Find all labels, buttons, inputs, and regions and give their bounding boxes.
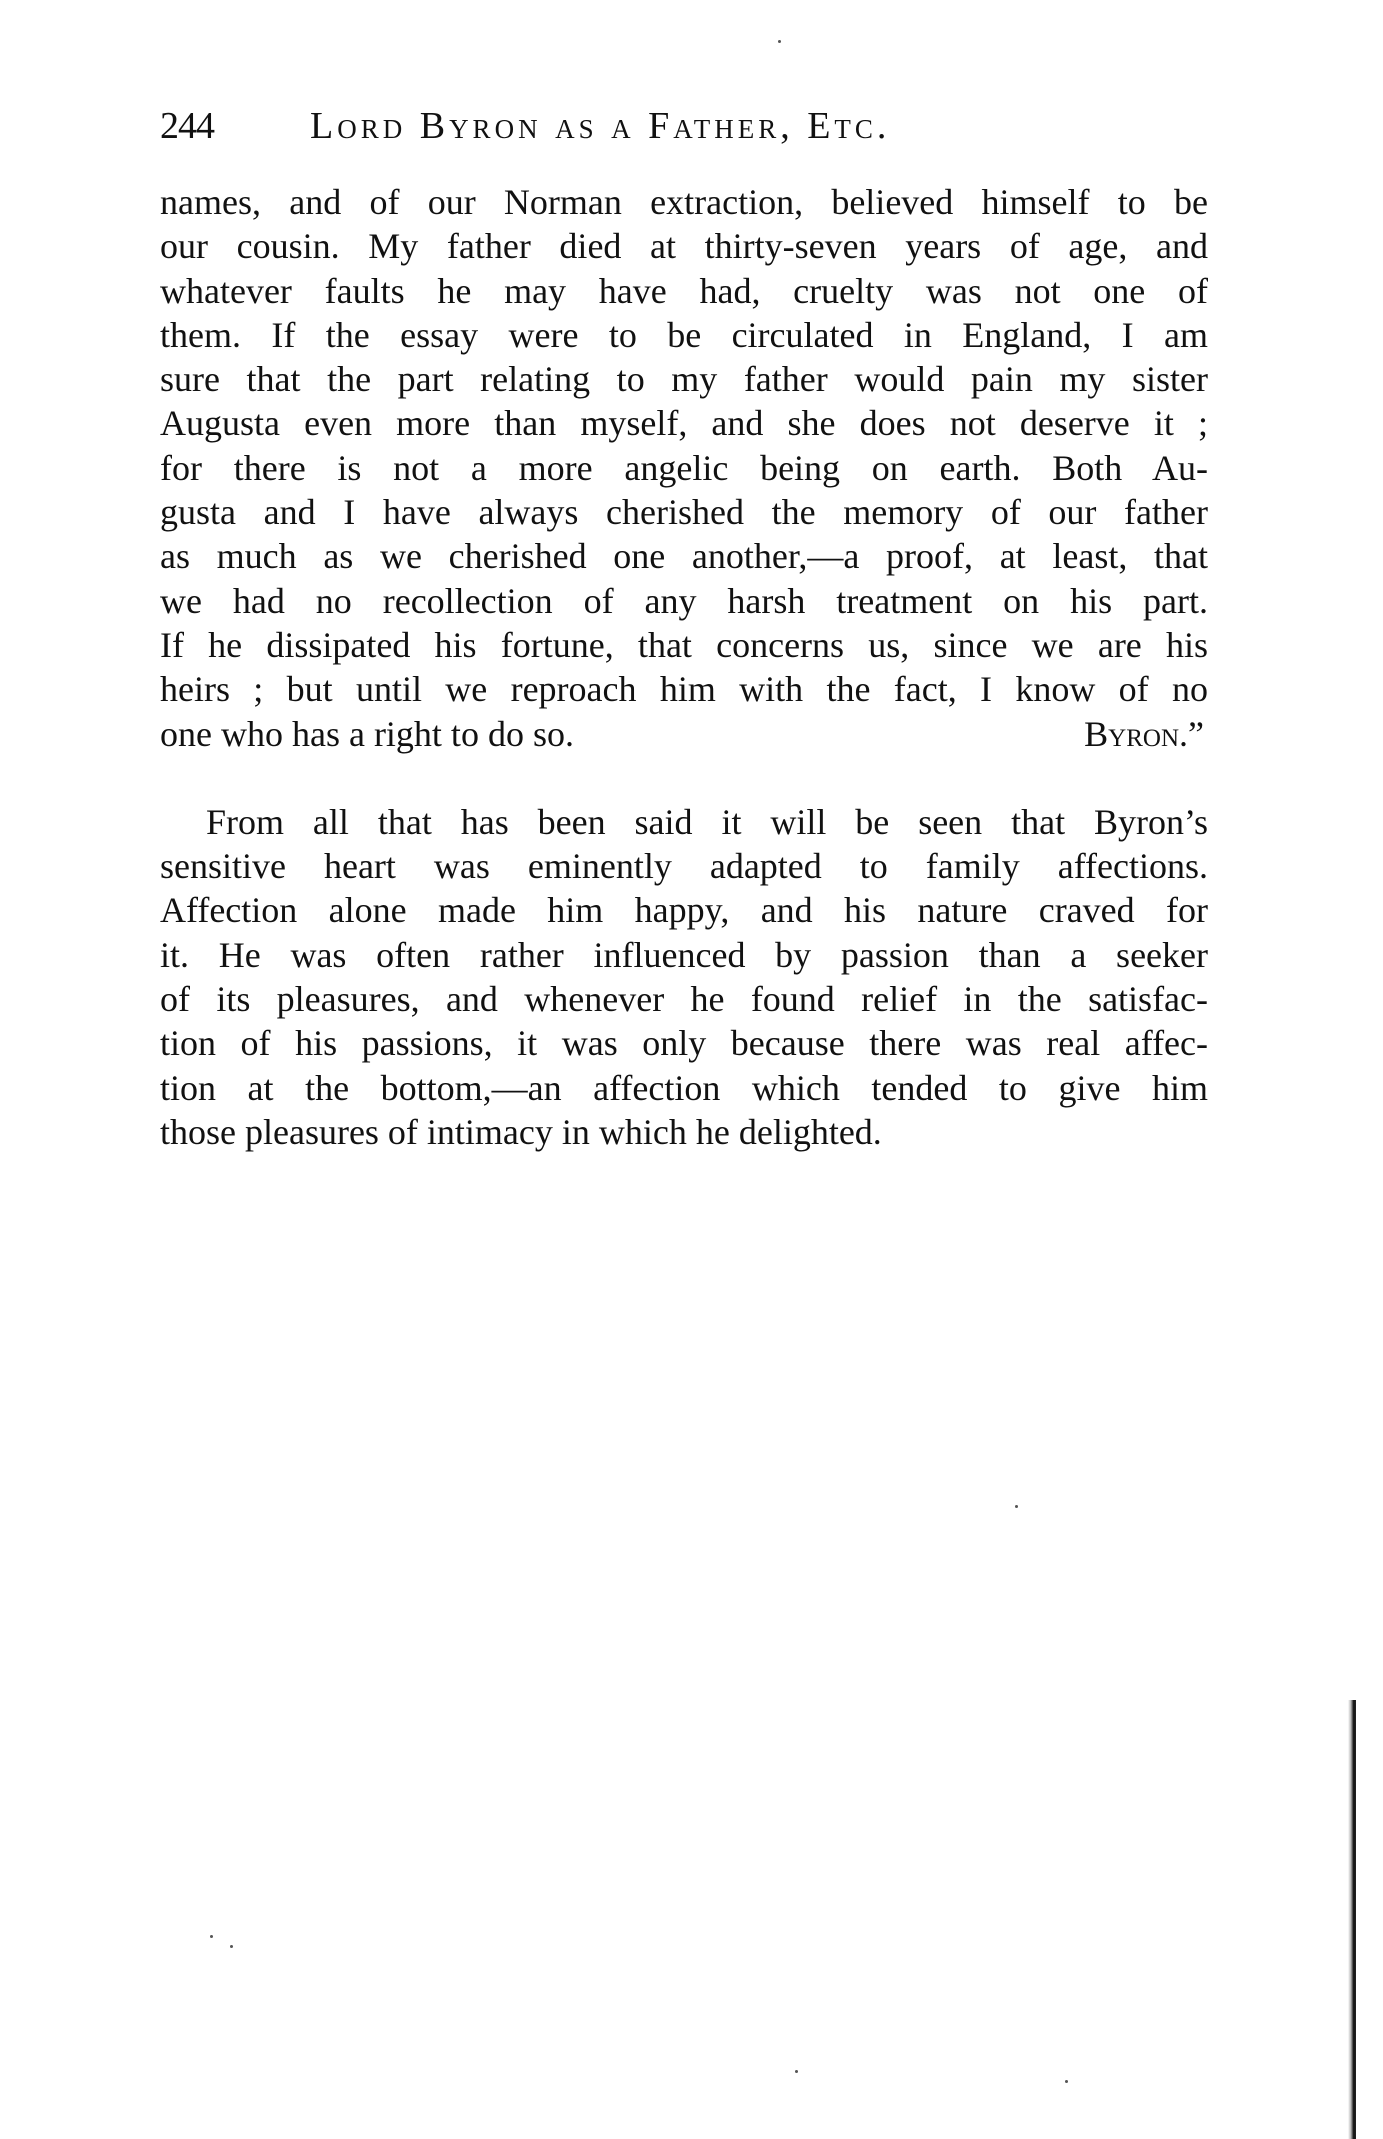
text-line: If he dissipated his fortune, that conce… (160, 623, 1208, 667)
closing-text: one who has a right to do so. (160, 712, 574, 756)
text-line: whatever faults he may have had, cruelty… (160, 269, 1208, 313)
text-line: them. If the essay were to be circulated… (160, 313, 1208, 357)
text-line: for there is not a more angelic being on… (160, 446, 1208, 490)
page-body: names, and of our Norman extraction, bel… (160, 180, 1208, 1154)
narrative-paragraph: From all that has been said it will be s… (160, 800, 1208, 1154)
text-line: those pleasures of intimacy in which he … (160, 1110, 1208, 1154)
text-line: our cousin. My father died at thirty-sev… (160, 224, 1208, 268)
scan-speck (795, 2070, 798, 2073)
text-line: names, and of our Norman extraction, bel… (160, 180, 1208, 224)
paragraph-spacer (160, 756, 1208, 800)
scan-binding-edge (1348, 1700, 1356, 2139)
running-header: 244 Lord Byron as a Father, Etc. (160, 100, 1210, 152)
text-line: sensitive heart was eminently adapted to… (160, 844, 1208, 888)
text-line: of its pleasures, and whenever he found … (160, 977, 1208, 1021)
scan-speck (778, 40, 781, 43)
text-line: gusta and I have always cherished the me… (160, 490, 1208, 534)
scan-speck (210, 1935, 213, 1938)
text-line: Affection alone made him happy, and his … (160, 888, 1208, 932)
running-title: Lord Byron as a Father, Etc. (310, 100, 890, 152)
text-line: Augusta even more than myself, and she d… (160, 401, 1208, 445)
text-line: tion at the bottom,—an affection which t… (160, 1066, 1208, 1110)
text-line: From all that has been said it will be s… (160, 800, 1208, 844)
page-number: 244 (160, 100, 214, 152)
text-line: sure that the part relating to my father… (160, 357, 1208, 401)
book-page: 244 Lord Byron as a Father, Etc. names, … (0, 0, 1383, 2139)
text-line: heirs ; but until we reproach him with t… (160, 667, 1208, 711)
text-line: as much as we cherished one another,—a p… (160, 534, 1208, 578)
scan-speck (1065, 2080, 1068, 2083)
text-line: tion of his passions, it was only becaus… (160, 1021, 1208, 1065)
letter-paragraph: names, and of our Norman extraction, bel… (160, 180, 1208, 756)
signature: Byron.” (1084, 712, 1208, 756)
scan-speck (1015, 1505, 1018, 1508)
text-line: we had no recollection of any harsh trea… (160, 579, 1208, 623)
text-line: it. He was often rather influenced by pa… (160, 933, 1208, 977)
closing-line: one who has a right to do so. Byron.” (160, 712, 1208, 756)
scan-speck (230, 1945, 233, 1948)
